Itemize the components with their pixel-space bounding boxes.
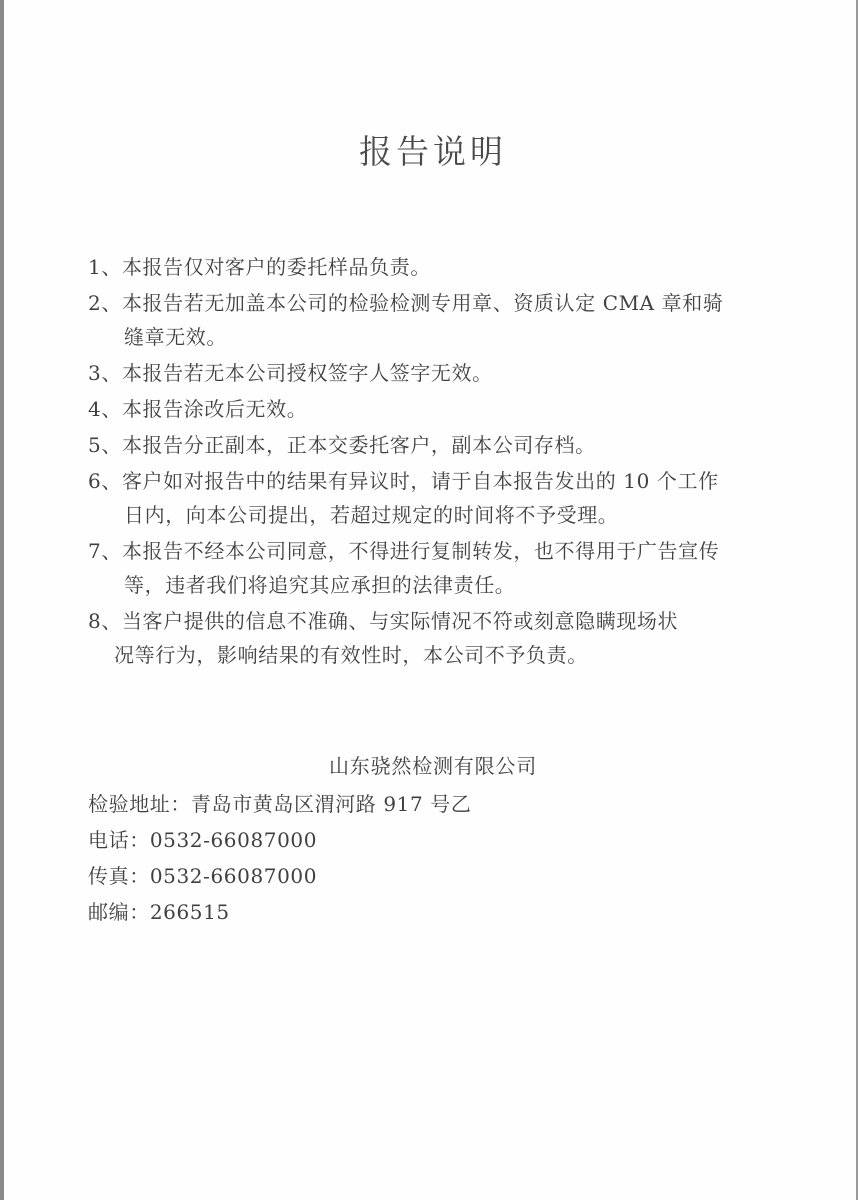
note-line: 6、客户如对报告中的结果有异议时，请于自本报告发出的 10 个工作 [88, 464, 808, 498]
note-item-3: 3、本报告若无本公司授权签字人签字无效。 [88, 356, 808, 390]
note-line: 1、本报告仅对客户的委托样品负责。 [88, 250, 808, 284]
note-line-continued: 日内，向本公司提出，若超过规定的时间将不予受理。 [88, 498, 808, 532]
note-line: 5、本报告分正副本，正本交委托客户，副本公司存档。 [88, 428, 808, 462]
note-text: 本报告仅对客户的委托样品负责。 [122, 255, 431, 279]
contact-fax: 传真：0532-66087000 [88, 858, 472, 894]
contact-value: 266515 [150, 900, 230, 924]
note-line-continued: 况等行为，影响结果的有效性时，本公司不予负责。 [88, 638, 808, 672]
page-title: 报告说明 [4, 130, 858, 174]
note-line-continued: 等，违者我们将追究其应承担的法律责任。 [88, 568, 808, 602]
note-item-6: 6、客户如对报告中的结果有异议时，请于自本报告发出的 10 个工作 日内，向本公… [88, 464, 808, 532]
report-notes-list: 1、本报告仅对客户的委托样品负责。 2、本报告若无加盖本公司的检验检测专用章、资… [88, 250, 808, 674]
note-line: 7、本报告不经本公司同意，不得进行复制转发，也不得用于广告宣传 [88, 534, 808, 568]
contact-label: 传真： [88, 864, 150, 888]
contact-label: 电话： [88, 828, 150, 852]
contact-postcode: 邮编：266515 [88, 894, 472, 930]
note-text: 本报告若无本公司授权签字人签字无效。 [122, 361, 493, 385]
contact-address: 检验地址：青岛市黄岛区渭河路 917 号乙 [88, 786, 472, 822]
contact-info: 检验地址：青岛市黄岛区渭河路 917 号乙 电话：0532-66087000 传… [88, 786, 472, 930]
note-number: 4、 [88, 397, 122, 421]
document-page: 报告说明 1、本报告仅对客户的委托样品负责。 2、本报告若无加盖本公司的检验检测… [0, 0, 858, 1200]
note-text: 本报告不经本公司同意，不得进行复制转发，也不得用于广告宣传 [122, 539, 719, 563]
note-number: 1、 [88, 255, 122, 279]
note-text: 本报告分正副本，正本交委托客户，副本公司存档。 [122, 433, 596, 457]
note-text: 客户如对报告中的结果有异议时，请于自本报告发出的 10 个工作 [122, 469, 719, 493]
note-item-1: 1、本报告仅对客户的委托样品负责。 [88, 250, 808, 284]
note-number: 3、 [88, 361, 122, 385]
note-number: 7、 [88, 539, 122, 563]
contact-value: 青岛市黄岛区渭河路 917 号乙 [191, 792, 472, 816]
note-line: 8、当客户提供的信息不准确、与实际情况不符或刻意隐瞒现场状 [88, 604, 808, 638]
note-line: 3、本报告若无本公司授权签字人签字无效。 [88, 356, 808, 390]
contact-label: 邮编： [88, 900, 150, 924]
note-item-5: 5、本报告分正副本，正本交委托客户，副本公司存档。 [88, 428, 808, 462]
note-line-continued: 缝章无效。 [88, 320, 808, 354]
note-text: 本报告涂改后无效。 [122, 397, 307, 421]
note-number: 2、 [88, 291, 122, 315]
note-number: 8、 [88, 609, 122, 633]
contact-phone: 电话：0532-66087000 [88, 822, 472, 858]
note-item-4: 4、本报告涂改后无效。 [88, 392, 808, 426]
note-item-7: 7、本报告不经本公司同意，不得进行复制转发，也不得用于广告宣传 等，违者我们将追… [88, 534, 808, 602]
company-name: 山东骁然检测有限公司 [4, 750, 858, 779]
note-number: 6、 [88, 469, 122, 493]
note-item-2: 2、本报告若无加盖本公司的检验检测专用章、资质认定 CMA 章和骑 缝章无效。 [88, 286, 808, 354]
note-item-8: 8、当客户提供的信息不准确、与实际情况不符或刻意隐瞒现场状 况等行为，影响结果的… [88, 604, 808, 672]
note-text: 当客户提供的信息不准确、与实际情况不符或刻意隐瞒现场状 [122, 609, 678, 633]
contact-label: 检验地址： [88, 792, 191, 816]
note-text: 本报告若无加盖本公司的检验检测专用章、资质认定 CMA 章和骑 [122, 291, 724, 315]
note-line: 2、本报告若无加盖本公司的检验检测专用章、资质认定 CMA 章和骑 [88, 286, 808, 320]
contact-value: 0532-66087000 [150, 828, 317, 852]
note-line: 4、本报告涂改后无效。 [88, 392, 808, 426]
note-number: 5、 [88, 433, 122, 457]
contact-value: 0532-66087000 [150, 864, 317, 888]
